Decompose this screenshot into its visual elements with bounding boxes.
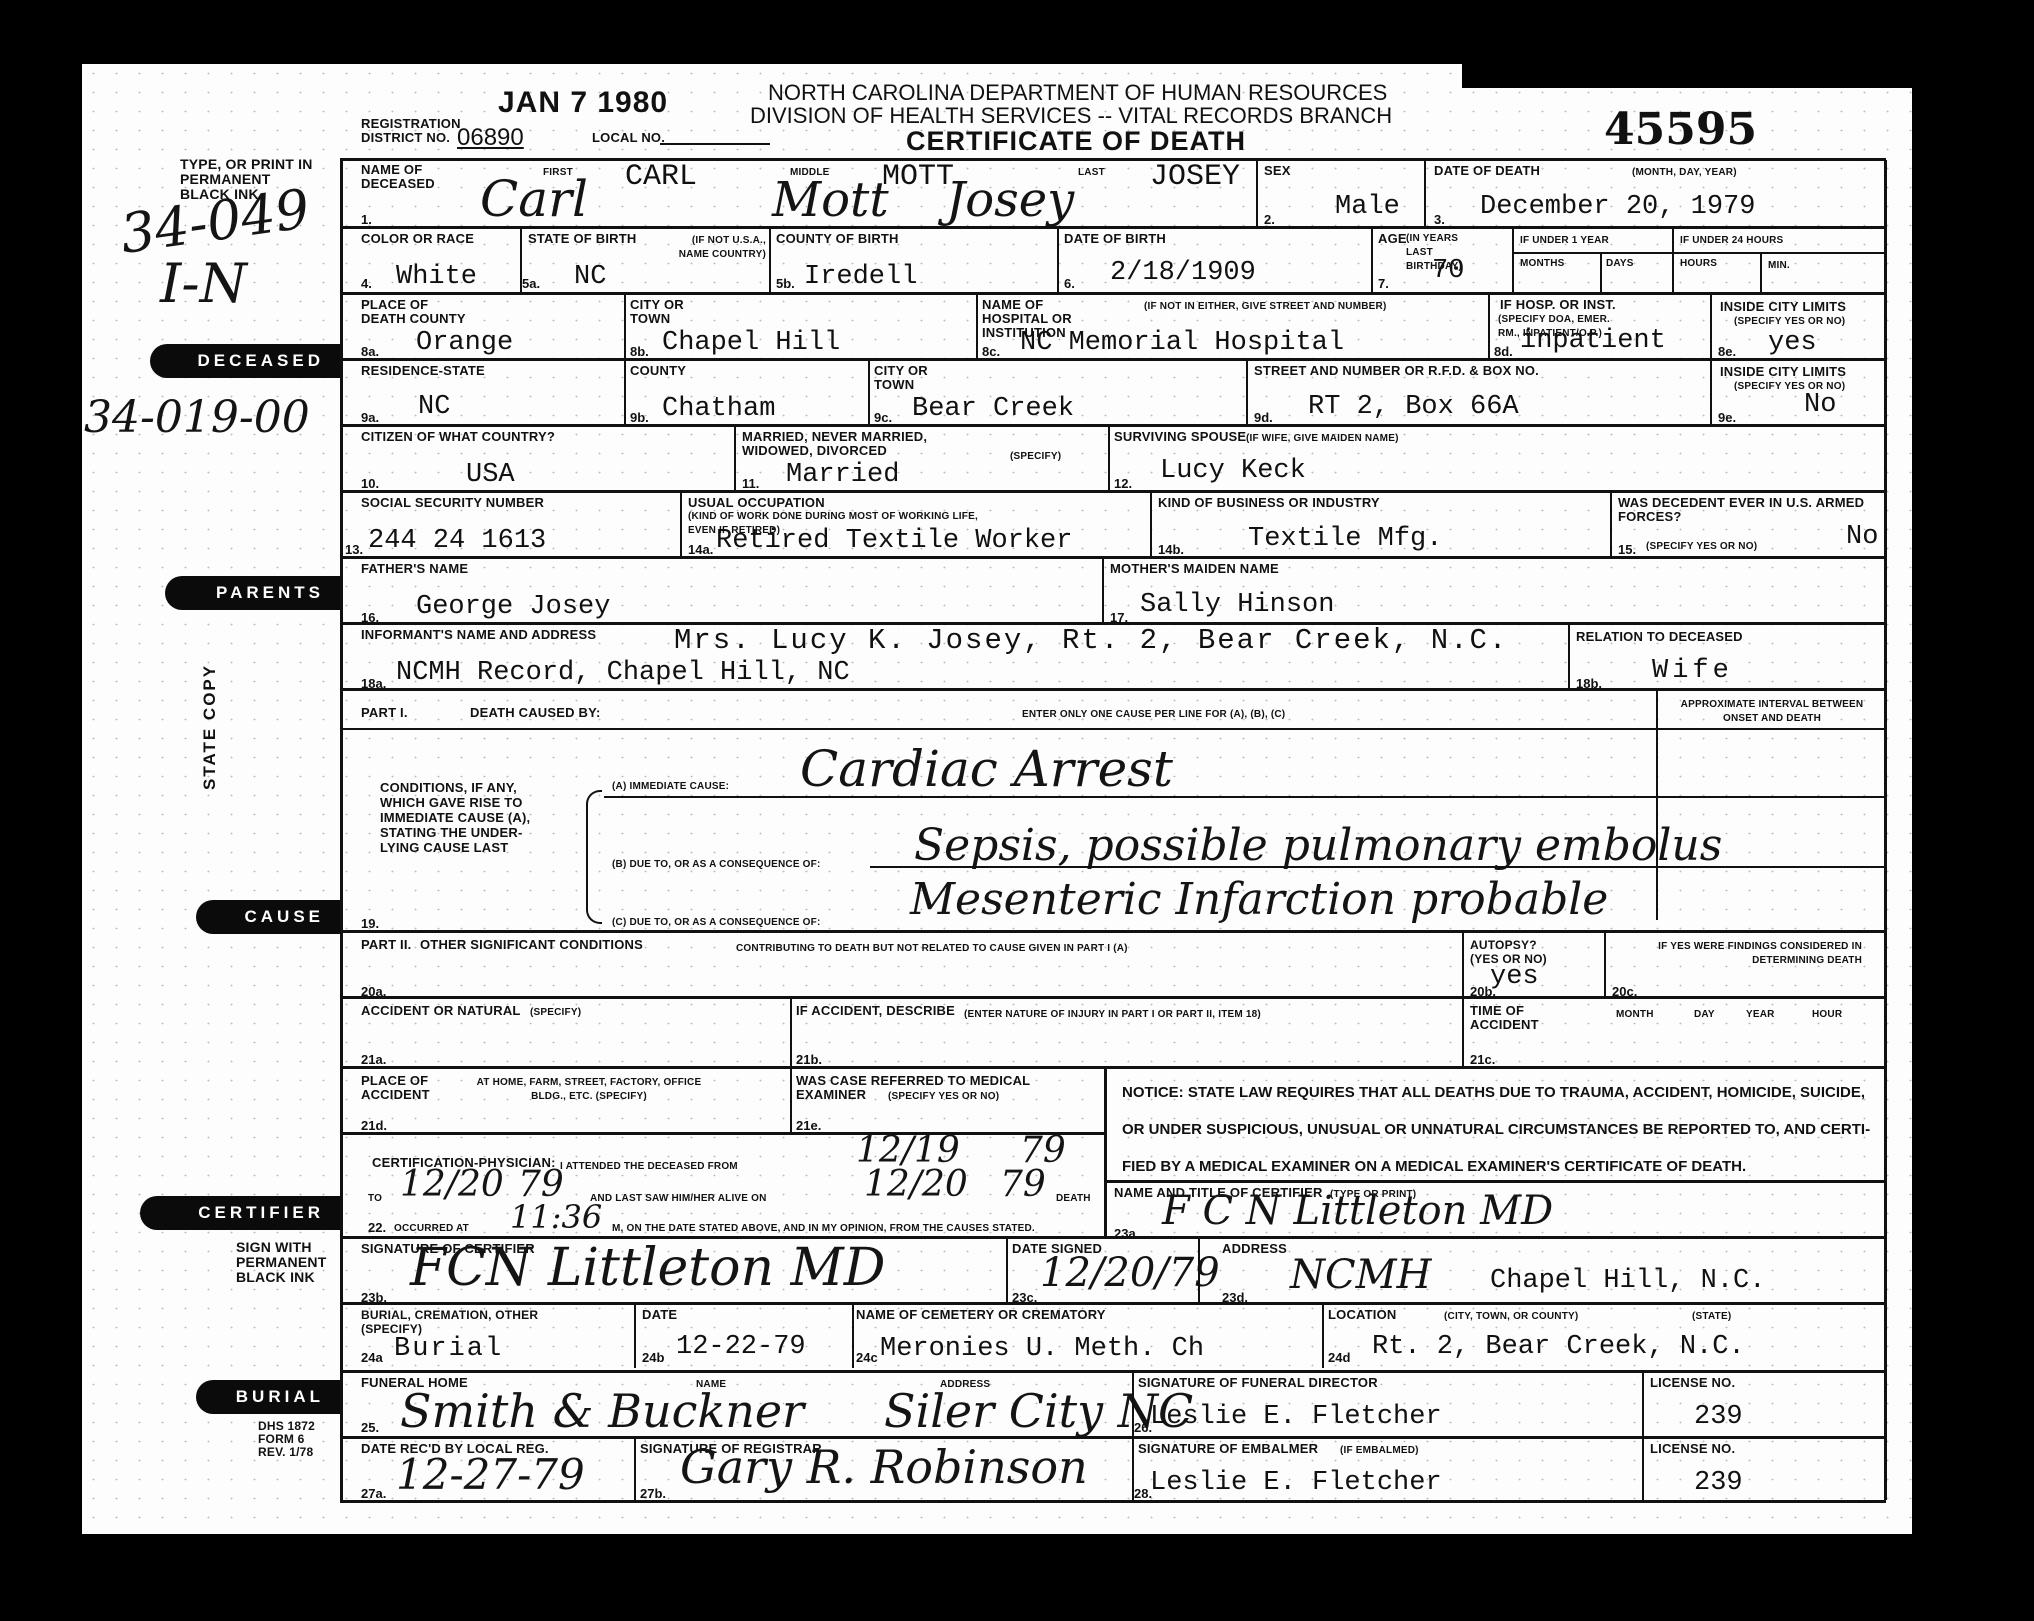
divider: [1198, 1236, 1200, 1302]
page-title: CERTIFICATE OF DEATH: [906, 126, 1246, 157]
item-24b: 24b: [642, 1350, 664, 1365]
armed-value: No: [1846, 522, 1878, 552]
item-25: 25.: [361, 1420, 379, 1435]
form-bottom-border: [340, 1500, 1886, 1503]
occupation-value: Retired Textile Worker: [716, 526, 1072, 556]
relation-label: RELATION TO DECEASED: [1576, 630, 1743, 644]
district-label: DISTRICT NO.: [361, 131, 450, 145]
item-8b: 8b.: [630, 344, 649, 359]
inside-city-label: INSIDE CITY LIMITS: [1720, 300, 1846, 314]
conditions-brace: [586, 790, 602, 924]
section-tab-deceased: DECEASED: [150, 344, 340, 378]
embalmer-value: Leslie E. Fletcher: [1150, 1468, 1442, 1498]
place-of-accident-hint: AT HOME, FARM, STREET, FACTORY, OFFICE B…: [464, 1076, 714, 1104]
divider: [1150, 490, 1152, 556]
certifier-signature: FCN Littleton MD: [410, 1238, 885, 1298]
director-license-value: 239: [1694, 1402, 1743, 1432]
death-label: DEATH: [1056, 1192, 1091, 1206]
hosp-status-value: inpatient: [1520, 326, 1666, 356]
ssn-value: 244 24 1613: [368, 526, 546, 556]
form-right-border: [1884, 160, 1887, 1500]
divider: [634, 1436, 636, 1500]
local-no-line: [660, 143, 770, 145]
days-label: DAYS: [1606, 257, 1634, 271]
other-conditions-hint: CONTRIBUTING TO DEATH BUT NOT RELATED TO…: [736, 942, 1128, 956]
conditions-text: CONDITIONS, IF ANY,WHICH GAVE RISE TOIMM…: [380, 780, 530, 855]
item-22: 22.: [368, 1220, 386, 1235]
registration-label: REGISTRATION: [361, 117, 461, 131]
scan-edge: [1462, 64, 1922, 88]
hospital-value: NC Memorial Hospital: [1020, 328, 1344, 358]
time-hour-label: HOUR: [1812, 1008, 1842, 1022]
due-to-b-value: Sepsis, possible pulmonary embolus: [914, 820, 1722, 871]
item-6: 6.: [1064, 276, 1075, 291]
item-4: 4.: [361, 276, 372, 291]
address-value: Chapel Hill, N.C.: [1490, 1266, 1765, 1296]
item-5a: 5a.: [522, 276, 540, 291]
residence-city-label: CITY OR TOWN: [874, 364, 934, 392]
divider: [1672, 226, 1674, 292]
divider: [1488, 292, 1490, 358]
other-conditions-label: OTHER SIGNIFICANT CONDITIONS: [420, 938, 643, 952]
item-24a: 24a: [361, 1350, 383, 1365]
divider: [868, 358, 870, 424]
item-11: 11.: [742, 476, 759, 491]
sub-divider: [1512, 252, 1886, 254]
divider: [790, 1066, 792, 1132]
cemetery-value: Meronies U. Meth. Ch: [880, 1334, 1204, 1364]
divider: [1104, 1066, 1107, 1236]
dob-label: DATE OF BIRTH: [1064, 232, 1166, 246]
divider: [1006, 1236, 1008, 1302]
item-19: 19.: [361, 916, 379, 931]
item-9c: 9c.: [874, 410, 892, 425]
middle-name-handwritten: Mott: [772, 172, 889, 228]
burial-date-label: DATE: [642, 1308, 677, 1322]
due-to-c-value: Mesenteric Infarction probable: [910, 874, 1608, 925]
item-8a: 8a.: [361, 344, 379, 359]
item-21b: 21b.: [796, 1052, 822, 1067]
place-city-value: Chapel Hill: [662, 328, 840, 358]
row-divider: [340, 688, 1886, 691]
marital-label: MARRIED, NEVER MARRIED, WIDOWED, DIVORCE…: [742, 430, 942, 458]
marital-value: Married: [786, 460, 899, 490]
state-of-birth-hint: (IF NOT U.S.A., NAME COUNTRY): [666, 234, 766, 262]
embalmer-label: SIGNATURE OF EMBALMER: [1138, 1442, 1318, 1456]
death-caused-by-label: DEATH CAUSED BY:: [470, 706, 601, 720]
item-9d: 9d.: [1254, 410, 1273, 425]
burial-date-value: 12-22-79: [676, 1332, 806, 1362]
item-10: 10.: [361, 476, 379, 491]
attended-from-label: I ATTENDED THE DECEASED FROM: [560, 1160, 738, 1174]
divider: [790, 996, 792, 1066]
disposition-label: BURIAL, CREMATION, OTHER (SPECIFY): [361, 1308, 591, 1336]
state-of-birth-value: NC: [574, 262, 606, 292]
item-21a: 21a.: [361, 1052, 386, 1067]
item-13: 13.: [345, 542, 363, 557]
mother-label: MOTHER'S MAIDEN NAME: [1110, 562, 1279, 576]
item-9b: 9b.: [630, 410, 649, 425]
section-tab-parents: PARENTS: [165, 576, 340, 610]
row-divider: [340, 1436, 1886, 1439]
occurred-at-label: OCCURRED AT: [394, 1222, 469, 1236]
father-value: George Josey: [416, 592, 610, 622]
residence-state-label: RESIDENCE-STATE: [361, 364, 485, 378]
mother-value: Sally Hinson: [1140, 590, 1334, 620]
divider: [680, 490, 682, 556]
item-2: 2.: [1264, 212, 1275, 227]
margin-code-2: I-N: [160, 252, 247, 315]
funeral-director-value: Leslie E. Fletcher: [1150, 1402, 1442, 1432]
item-21e: 21e.: [796, 1118, 821, 1133]
time-month-label: MONTH: [1616, 1008, 1654, 1022]
armed-label: WAS DECEDENT EVER IN U.S. ARMED FORCES?: [1618, 496, 1874, 524]
divider: [1132, 1370, 1134, 1500]
item-9e: 9e.: [1718, 410, 1736, 425]
accident-label: ACCIDENT OR NATURAL: [361, 1004, 521, 1018]
time-year-label: YEAR: [1746, 1008, 1775, 1022]
section-tab-burial: BURIAL: [196, 1380, 340, 1414]
date-signed-value: 12/20/79: [1040, 1250, 1220, 1296]
spouse-hint: (IF WIFE, GIVE MAIDEN NAME): [1246, 432, 1399, 446]
informant-label: INFORMANT'S NAME AND ADDRESS: [361, 628, 596, 642]
county-of-birth-label: COUNTY OF BIRTH: [776, 232, 899, 246]
place-county-value: Orange: [416, 328, 513, 358]
margin-code-3: 34-019-00: [84, 392, 310, 443]
item-21d: 21d.: [361, 1118, 387, 1133]
row-divider: [340, 556, 1886, 559]
cemetery-label: NAME OF CEMETERY OR CREMATORY: [856, 1308, 1106, 1322]
form-left-border: [340, 160, 343, 1500]
divider: [1108, 424, 1110, 490]
father-label: FATHER'S NAME: [361, 562, 468, 576]
inside-city-hint: (SPECIFY YES OR NO): [1734, 315, 1845, 329]
divider: [769, 226, 771, 292]
part1-label: PART I.: [361, 706, 408, 720]
disposition-value: Burial: [394, 1334, 503, 1364]
row-divider: [340, 292, 1886, 295]
divider: [1512, 226, 1514, 292]
autopsy-value: yes: [1490, 962, 1539, 992]
item-1: 1.: [361, 212, 372, 227]
date-received-value: 12-27-79: [396, 1450, 585, 1499]
row-divider: [340, 1302, 1886, 1305]
occurred-suffix: M, ON THE DATE STATED ABOVE, AND IN MY O…: [612, 1222, 1035, 1236]
divider: [1246, 358, 1248, 424]
middle-name-typed: MOTT: [882, 160, 954, 194]
divider: [1057, 226, 1059, 292]
dod-value: December 20, 1979: [1480, 192, 1755, 222]
row-divider: [340, 226, 1886, 229]
registrar-signature: Gary R. Robinson: [680, 1440, 1088, 1494]
race-label: COLOR OR RACE: [361, 232, 474, 246]
item-24d: 24d: [1328, 1350, 1350, 1365]
age-label: AGE: [1378, 232, 1407, 246]
hospital-hint: (IF NOT IN EITHER, GIVE STREET AND NUMBE…: [1144, 300, 1386, 314]
last-label: LAST: [1078, 166, 1105, 180]
item-27b: 27b.: [640, 1486, 666, 1501]
industry-value: Textile Mfg.: [1248, 524, 1442, 554]
occupation-label: USUAL OCCUPATION: [688, 496, 825, 510]
last-saw-value: 12/20: [864, 1164, 968, 1205]
medical-examiner-notice: NOTICE: STATE LAW REQUIRES THAT ALL DEAT…: [1122, 1074, 1870, 1185]
immediate-cause-value: Cardiac Arrest: [800, 740, 1173, 798]
time-of-accident-label: TIME OF ACCIDENT: [1470, 1004, 1550, 1032]
divider: [1322, 1302, 1324, 1368]
informant-line1: Mrs. Lucy K. Josey, Rt. 2, Bear Creek, N…: [674, 624, 1508, 657]
spouse-value: Lucy Keck: [1160, 456, 1306, 486]
divider: [624, 358, 626, 424]
spouse-label: SURVIVING SPOUSE: [1114, 430, 1246, 444]
row-divider: [340, 930, 1886, 933]
item-14a: 14a.: [688, 542, 713, 557]
residence-county-value: Chatham: [662, 394, 775, 424]
funeral-home-value: Smith & Buckner: [400, 1384, 804, 1438]
item-27a: 27a.: [361, 1486, 386, 1501]
citizen-value: USA: [466, 460, 515, 490]
divider: [1642, 1370, 1644, 1500]
row-divider: [340, 996, 1886, 999]
name-label: NAME OF DECEASED: [361, 163, 441, 191]
last-saw-label: AND LAST SAW HIM/HER ALIVE ON: [590, 1192, 767, 1206]
occurred-time-value: 11:36: [510, 1198, 602, 1236]
armed-hint: (SPECIFY YES OR NO): [1646, 540, 1757, 554]
last-saw-year: 79: [1000, 1164, 1046, 1205]
divider: [1610, 490, 1612, 556]
item-3: 3.: [1434, 212, 1445, 227]
residence-street-value: RT 2, Box 66A: [1308, 392, 1519, 422]
last-name-handwritten: Josey: [946, 172, 1074, 228]
item-24c: 24c: [856, 1350, 878, 1365]
residence-inside-city-value: No: [1804, 390, 1836, 420]
funeral-director-label: SIGNATURE OF FUNERAL DIRECTOR: [1138, 1376, 1378, 1390]
divider: [1604, 930, 1606, 996]
residence-city-value: Bear Creek: [912, 394, 1074, 424]
hours-label: HOURS: [1680, 257, 1717, 271]
item-12: 12.: [1114, 476, 1132, 491]
item-8c: 8c.: [982, 344, 1000, 359]
local-no-label: LOCAL NO.: [592, 131, 665, 145]
item-14b: 14b.: [1158, 542, 1184, 557]
embalmer-license-value: 239: [1694, 1468, 1743, 1498]
divider: [1656, 688, 1658, 920]
one-cause-label: ENTER ONLY ONE CAUSE PER LINE FOR (a), (…: [1022, 708, 1285, 722]
item-7: 7.: [1378, 276, 1389, 291]
item-5b: 5b.: [776, 276, 795, 291]
item-8e: 8e.: [1718, 344, 1736, 359]
dod-label: DATE OF DEATH: [1434, 164, 1540, 178]
informant-line2: NCMH Record, Chapel Hill, NC: [396, 658, 850, 688]
attended-to-value: 12/20: [400, 1164, 504, 1205]
residence-county-label: COUNTY: [630, 364, 686, 378]
section-tab-certifier: CERTIFIER: [140, 1196, 340, 1230]
place-city-label: CITY OR TOWN: [630, 298, 690, 326]
row-divider: [604, 796, 1886, 798]
embalmer-hint: (IF EMBALMED): [1340, 1444, 1419, 1458]
divider: [1568, 622, 1570, 688]
divider: [1256, 160, 1258, 226]
citizen-label: CITIZEN OF WHAT COUNTRY?: [361, 430, 555, 444]
item-21c: 21c.: [1470, 1052, 1495, 1067]
item-15: 15.: [1618, 542, 1636, 557]
item-9a: 9a.: [361, 410, 379, 425]
row-divider: [340, 424, 1886, 427]
divider: [1462, 930, 1464, 996]
first-name-typed: CARL: [625, 160, 697, 194]
time-day-label: DAY: [1694, 1008, 1715, 1022]
last-name-typed: JOSEY: [1150, 160, 1240, 194]
marital-hint: (SPECIFY): [1010, 450, 1061, 464]
to-label: TO: [368, 1192, 382, 1206]
findings-label: IF YES WERE FINDINGS CONSIDERED IN DETER…: [1612, 940, 1862, 968]
location-value: Rt. 2, Bear Creek, N.C.: [1372, 1332, 1745, 1362]
describe-hint: (ENTER NATURE OF INJURY IN PART I OR PAR…: [964, 1008, 1261, 1022]
director-license-label: LICENSE NO.: [1650, 1376, 1735, 1390]
location-label: LOCATION: [1328, 1308, 1397, 1322]
residence-street-label: STREET AND NUMBER OR R.F.D. & BOX NO.: [1254, 364, 1539, 378]
location-state-hint: (STATE): [1692, 1310, 1731, 1324]
describe-label: IF ACCIDENT, DESCRIBE: [796, 1004, 955, 1018]
divider: [1760, 252, 1762, 292]
divider: [634, 1302, 636, 1368]
age-value: 70: [1432, 256, 1464, 286]
interval-label: APPROXIMATE INTERVAL BETWEEN ONSET AND D…: [1672, 698, 1872, 726]
me-referred-hint: (SPECIFY YES OR NO): [888, 1090, 999, 1104]
residence-state-value: NC: [418, 392, 450, 422]
divider: [976, 292, 978, 358]
sign-instruction: SIGN WITHPERMANENTBLACK INK: [236, 1240, 326, 1285]
row-divider: [340, 1370, 1886, 1373]
dob-value: 2/18/1909: [1110, 258, 1256, 288]
row-divider: [870, 866, 1886, 868]
min-label: MIN.: [1768, 259, 1790, 273]
district-no: 06890: [457, 124, 524, 152]
first-name-handwritten: Carl: [480, 170, 588, 228]
dod-hint: (MONTH, DAY, YEAR): [1632, 166, 1737, 180]
row-divider: [340, 1132, 1106, 1135]
divider: [1371, 226, 1373, 292]
under-24-hours-label: IF UNDER 24 HOURS: [1680, 234, 1783, 248]
location-hint: (CITY, TOWN, OR COUNTY): [1444, 1310, 1578, 1324]
sex-label: SEX: [1264, 164, 1291, 178]
embalmer-license-label: LICENSE NO.: [1650, 1442, 1735, 1456]
certificate-number: 45595: [1604, 104, 1757, 155]
row-divider: [340, 728, 1886, 730]
county-of-birth-value: Iredell: [804, 262, 917, 292]
months-label: MONTHS: [1520, 257, 1565, 271]
place-of-accident-label: PLACE OF ACCIDENT: [361, 1074, 441, 1102]
divider: [1424, 160, 1426, 226]
state-copy-label: STATE COPY: [200, 664, 220, 790]
name-title-value: F C N Littleton MD: [1162, 1188, 1553, 1234]
accident-hint: (SPECIFY): [530, 1006, 581, 1020]
row-divider: [340, 358, 1886, 361]
due-to-c-label: (c) DUE TO, OR AS A CONSEQUENCE OF:: [612, 916, 821, 930]
state-of-birth-label: STATE OF BIRTH: [528, 232, 636, 246]
section-tab-cause: CAUSE: [196, 900, 340, 934]
form-top-border: [340, 158, 1886, 161]
item-8d: 8d.: [1494, 344, 1513, 359]
address-handwritten: NCMH: [1290, 1252, 1431, 1298]
residence-inside-city-label: INSIDE CITY LIMITS: [1720, 365, 1846, 379]
relation-value: Wife: [1652, 656, 1733, 686]
row-divider: [340, 1066, 1886, 1069]
divider: [1102, 556, 1104, 622]
due-to-b-label: (b) DUE TO, OR AS A CONSEQUENCE OF:: [612, 858, 821, 872]
row-divider: [1104, 1180, 1886, 1183]
divider: [1600, 252, 1602, 292]
form-id: DHS 1872FORM 6REV. 1/78: [258, 1420, 315, 1459]
under-1-year-label: IF UNDER 1 YEAR: [1520, 234, 1609, 248]
place-county-label: PLACE OF DEATH COUNTY: [361, 298, 471, 326]
address-label: ADDRESS: [1222, 1242, 1287, 1256]
divider: [624, 292, 626, 358]
inside-city-value: yes: [1768, 328, 1817, 358]
sex-value: Male: [1335, 192, 1400, 222]
divider: [1462, 996, 1464, 1066]
divider: [852, 1302, 854, 1368]
hosp-status-label: IF HOSP. OR INST.: [1500, 298, 1616, 312]
race-value: White: [396, 262, 477, 292]
row-divider: [340, 490, 1886, 493]
ssn-label: SOCIAL SECURITY NUMBER: [361, 496, 544, 510]
industry-label: KIND OF BUSINESS OR INDUSTRY: [1158, 496, 1380, 510]
part2-label: PART II.: [361, 938, 411, 952]
divider: [734, 424, 736, 490]
immediate-cause-label: (a) IMMEDIATE CAUSE:: [612, 780, 729, 794]
registration-date: JAN 7 1980: [498, 86, 668, 120]
